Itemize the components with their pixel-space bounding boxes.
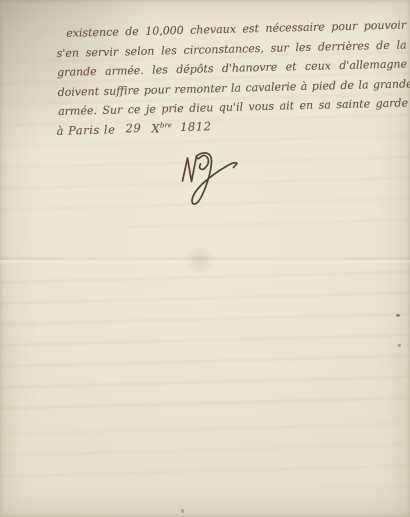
dateline-place: à Paris le [56,122,115,137]
fold-crease-center [183,246,217,274]
letter-body-text: existence de 10,000 chevaux est nécessai… [56,15,409,140]
letter-page: existence de 10,000 chevaux est nécessai… [0,0,410,517]
paper-speck [398,344,401,347]
dateline-year: 1812 [180,120,212,135]
paper-speck [396,314,400,317]
dateline-day: 29 [125,121,141,135]
paper-speck [181,509,184,513]
napoleon-paraph-signature [176,148,252,218]
dateline-month-superscript: bre [160,121,172,129]
verso-showthrough-middle [0,268,410,418]
signature-ink-strokes [176,148,252,218]
verso-showthrough-lower [0,420,410,490]
